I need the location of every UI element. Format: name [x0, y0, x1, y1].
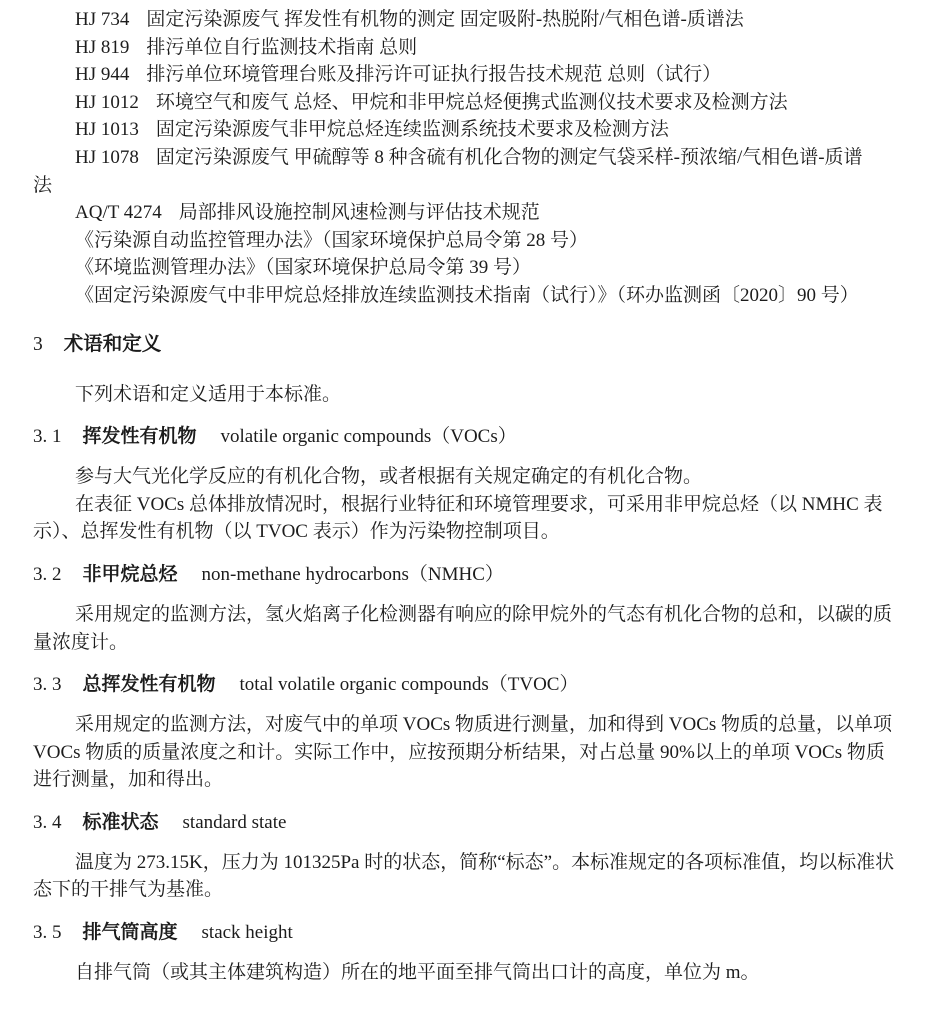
paragraph-line: 采用规定的监测方法，对废气中的单项 VOCs 物质进行测量，加和得到 VOCs … — [33, 711, 900, 739]
reference-line: HJ 1013固定污染源废气非甲烷总烃连续监测系统技术要求及检测方法 — [33, 116, 900, 144]
term-heading-3-5: 3. 5排气筒高度stack height — [33, 918, 900, 947]
term-definition-3-5: 自排气筒（或其主体建筑构造）所在的地平面至排气筒出口计的高度，单位为 m。 — [33, 959, 900, 987]
reference-code: HJ 944 — [75, 64, 129, 85]
term-number: 3. 3 — [33, 674, 62, 695]
reference-code: AQ/T 4274 — [75, 202, 162, 223]
section-heading: 3术语和定义 — [33, 330, 900, 359]
term-en: non-methane hydrocarbons（NMHC） — [202, 564, 504, 585]
reference-line: HJ 1012环境空气和废气 总烃、甲烷和非甲烷总烃便携式监测仪技术要求及检测方… — [33, 89, 900, 117]
term-zh: 非甲烷总烃 — [83, 563, 178, 585]
term-zh: 总挥发性有机物 — [83, 673, 216, 695]
reference-line: 《环境监测管理办法》（国家环境保护总局令第 39 号） — [33, 254, 900, 282]
reference-title: 固定污染源废气 挥发性有机物的测定 固定吸附-热脱附/气相色谱-质谱法 — [146, 9, 743, 30]
term-definition-3-1: 参与大气光化学反应的有机化合物，或者根据有关规定确定的有机化合物。 在表征 VO… — [33, 463, 900, 546]
paragraph-line: VOCs 物质的质量浓度之和计。实际工作中，应按预期分析结果，对占总量 90%以… — [33, 739, 900, 767]
reference-line: HJ 1078固定污染源废气 甲硫醇等 8 种含硫有机化合物的测定气袋采样-预浓… — [33, 144, 900, 172]
section-number: 3 — [33, 334, 43, 355]
term-number: 3. 2 — [33, 564, 62, 585]
reference-title: 排污单位自行监测技术指南 总则 — [146, 37, 417, 58]
paragraph-line: 自排气筒（或其主体建筑构造）所在的地平面至排气筒出口计的高度，单位为 m。 — [33, 959, 900, 987]
term-zh: 排气筒高度 — [83, 921, 178, 943]
paragraph-line: 示）、总挥发性有机物（以 TVOC 表示）作为污染物控制项目。 — [33, 518, 900, 546]
paragraph-line: 参与大气光化学反应的有机化合物，或者根据有关规定确定的有机化合物。 — [33, 463, 900, 491]
term-definition-3-2: 采用规定的监测方法，氢火焰离子化检测器有响应的除甲烷外的气态有机化合物的总和，以… — [33, 601, 900, 656]
term-number: 3. 4 — [33, 812, 62, 833]
term-definition-3-3: 采用规定的监测方法，对废气中的单项 VOCs 物质进行测量，加和得到 VOCs … — [33, 711, 900, 794]
paragraph-line: 在表征 VOCs 总体排放情况时，根据行业特征和环境管理要求，可采用非甲烷总烃（… — [33, 491, 900, 519]
paragraph-line: 进行测量，加和得出。 — [33, 766, 900, 794]
term-heading-3-3: 3. 3总挥发性有机物total volatile organic compou… — [33, 670, 900, 699]
reference-line: 《污染源自动监控管理办法》（国家环境保护总局令第 28 号） — [33, 227, 900, 255]
reference-list: HJ 734固定污染源废气 挥发性有机物的测定 固定吸附-热脱附/气相色谱-质谱… — [33, 6, 900, 310]
reference-line: HJ 944排污单位环境管理台账及排污许可证执行报告技术规范 总则（试行） — [33, 61, 900, 89]
reference-line: HJ 734固定污染源废气 挥发性有机物的测定 固定吸附-热脱附/气相色谱-质谱… — [33, 6, 900, 34]
term-heading-3-1: 3. 1挥发性有机物volatile organic compounds（VOC… — [33, 422, 900, 451]
reference-title: 排污单位环境管理台账及排污许可证执行报告技术规范 总则（试行） — [146, 64, 721, 85]
term-heading-3-4: 3. 4标准状态standard state — [33, 808, 900, 837]
term-zh: 挥发性有机物 — [83, 425, 197, 447]
reference-code: HJ 734 — [75, 9, 129, 30]
reference-line: 《固定污染源废气中非甲烷总烃排放连续监测技术指南（试行）》（环办监测函〔2020… — [33, 282, 900, 310]
reference-title: 固定污染源废气 甲硫醇等 8 种含硫有机化合物的测定气袋采样-预浓缩/气相色谱-… — [156, 147, 863, 168]
paragraph-line: 量浓度计。 — [33, 629, 900, 657]
paragraph-line: 采用规定的监测方法，氢火焰离子化检测器有响应的除甲烷外的气态有机化合物的总和，以… — [33, 601, 900, 629]
term-en: volatile organic compounds（VOCs） — [221, 426, 517, 447]
term-number: 3. 5 — [33, 922, 62, 943]
section-title: 术语和定义 — [64, 332, 162, 355]
reference-title: 局部排风设施控制风速检测与评估技术规范 — [179, 202, 540, 223]
term-definition-3-4: 温度为 273.15K，压力为 101325Pa 时的状态，简称“标态”。本标准… — [33, 849, 900, 904]
term-number: 3. 1 — [33, 426, 62, 447]
term-en: standard state — [183, 812, 287, 833]
reference-line: HJ 819排污单位自行监测技术指南 总则 — [33, 34, 900, 62]
reference-title: 环境空气和废气 总烃、甲烷和非甲烷总烃便携式监测仪技术要求及检测方法 — [156, 92, 788, 113]
reference-title: 固定污染源废气非甲烷总烃连续监测系统技术要求及检测方法 — [156, 119, 669, 140]
reference-code: HJ 1078 — [75, 147, 139, 168]
reference-code: HJ 1012 — [75, 92, 139, 113]
reference-code: HJ 819 — [75, 37, 129, 58]
reference-code: HJ 1013 — [75, 119, 139, 140]
term-zh: 标准状态 — [83, 811, 159, 833]
paragraph-line: 温度为 273.15K，压力为 101325Pa 时的状态，简称“标态”。本标准… — [33, 849, 900, 877]
reference-line: AQ/T 4274局部排风设施控制风速检测与评估技术规范 — [33, 199, 900, 227]
term-heading-3-2: 3. 2非甲烷总烃non-methane hydrocarbons（NMHC） — [33, 560, 900, 589]
reference-line-continuation: 法 — [33, 172, 900, 200]
paragraph-line: 态下的干排气为基准。 — [33, 876, 900, 904]
document-page: HJ 734固定污染源废气 挥发性有机物的测定 固定吸附-热脱附/气相色谱-质谱… — [0, 0, 930, 1022]
section-intro: 下列术语和定义适用于本标准。 — [33, 381, 900, 409]
term-en: total volatile organic compounds（TVOC） — [240, 674, 579, 695]
term-en: stack height — [202, 922, 293, 943]
